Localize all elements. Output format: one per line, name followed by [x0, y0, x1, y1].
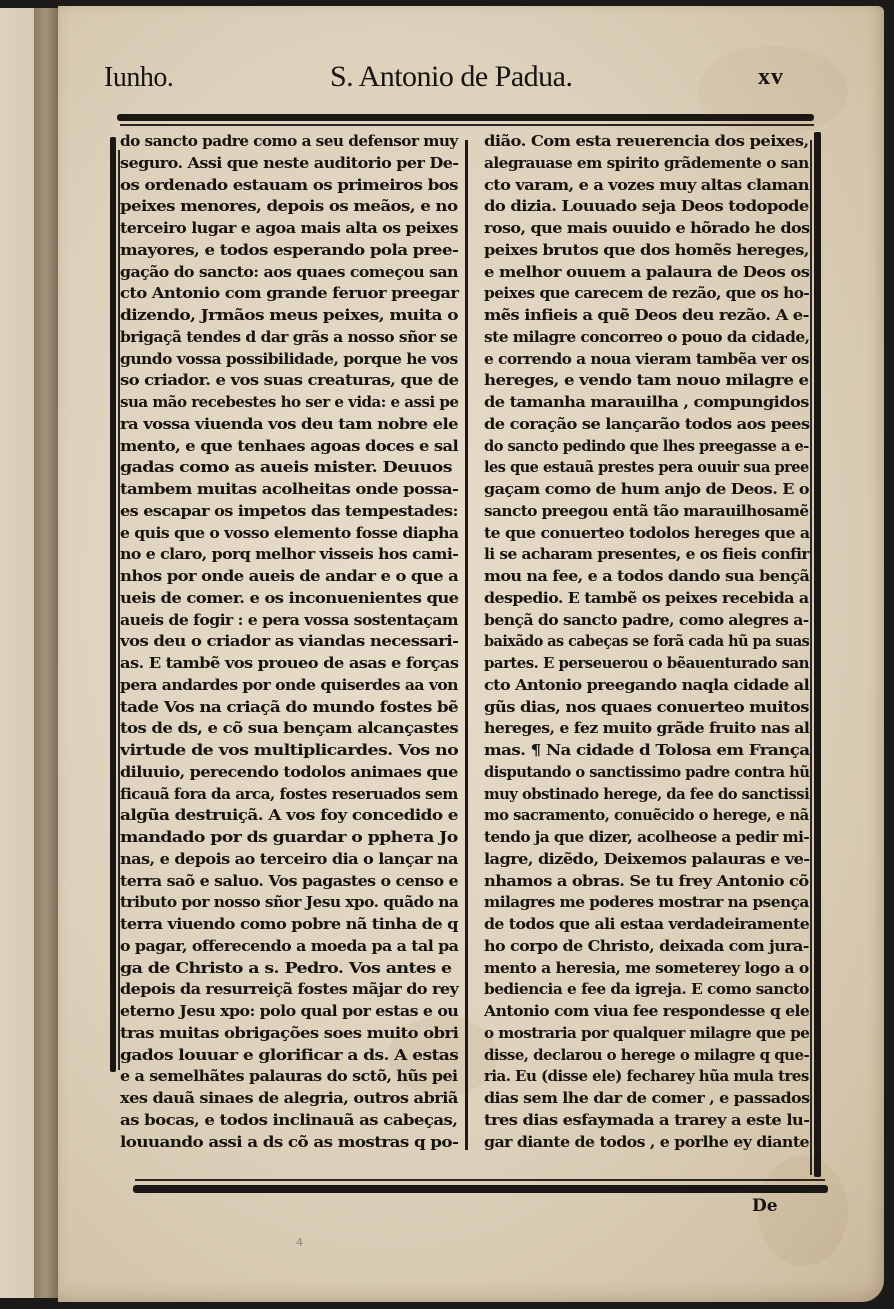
text-line: roso, que mais ouuido e hõrado he dos [484, 218, 827, 240]
text-line: tade Vos na criaçã do mundo fostes bẽ [120, 697, 493, 719]
text-line: seguro. Assi que neste auditorio per De- [120, 153, 477, 175]
text-line: e quis que o vosso elemento fosse diapha [120, 523, 468, 545]
text-line: gação do sancto: aos quaes começou san [120, 262, 470, 284]
text-line: ga de Christo a s. Pedro. Vos antes e [120, 958, 509, 980]
text-line: ra vossa viuenda vos deu tam nobre ele [120, 414, 485, 436]
text-line: dias sem lhe dar de comer , e passados [484, 1088, 825, 1110]
text-line: gadas como as aueis mister. Deuuos [120, 457, 509, 479]
text-line: baixãdo as cabeças se forã cada hũ pa su… [484, 631, 792, 653]
text-line: bençã do sancto padre, como alegres a- [484, 610, 818, 632]
text-line: nas, e depois ao terceiro dia o lançar n… [120, 849, 479, 871]
text-line: peixes que carecem de rezão, que os ho- [484, 283, 813, 305]
running-head-month: Iunho. [104, 62, 173, 94]
text-line: peixes brutos que dos homẽs hereges, [484, 240, 831, 262]
folio-number: xv [758, 64, 784, 91]
text-line: disse, declarou o herege o milagre q que… [484, 1045, 804, 1067]
left-frame-rule [110, 137, 116, 1072]
top-rule-thin [120, 124, 814, 126]
text-line: algũa destruiçã. A vos foy concedido e [120, 805, 496, 827]
text-line: tras muitas obrigações soes muito obri [120, 1023, 487, 1045]
text-line: terra viuendo como pobre nã tinha de q [120, 914, 480, 936]
text-line: o pagar, offerecendo a moeda pa a tal pa [120, 936, 473, 958]
text-line: no e claro, porq melhor visseis hos cami… [120, 544, 470, 566]
text-line: e a semelhãtes palauras do sctõ, hũs pei [120, 1066, 475, 1088]
text-line: ho corpo de Christo, deixada com jura- [484, 936, 825, 958]
text-line: li se acharam presentes, e os fieis conf… [484, 544, 813, 566]
text-line: louuando assi a ds cõ as mostras q po- [120, 1132, 493, 1154]
text-line: mayores, e todos esperando pola pree- [120, 240, 492, 262]
text-line: terra saõ e saluo. Vos pagastes o censo … [120, 871, 474, 893]
text-line: de tamanha marauilha , compungidos [484, 392, 831, 414]
text-line: ste milagre concorreo o pouo da cidade, [484, 327, 814, 349]
text-line: lagre, dizẽdo, Deixemos palauras e ve- [484, 849, 830, 871]
text-line: sancto preegou entã tão marauilhosamẽ [484, 501, 811, 523]
text-line: bediencia e fee da igreja. E como sancto [484, 979, 813, 1001]
text-line: te que conuerteo todolos hereges que a [484, 523, 819, 545]
text-line: cto Antonio preegando naqla cidade al [484, 675, 827, 697]
text-line: ria. Eu (disse ele) fecharey hũa mula tr… [484, 1066, 805, 1088]
text-line: dizendo, Jrmãos meus peixes, muita o [120, 305, 498, 327]
text-line: eterno Jesu xpo: polo qual por estas e o… [120, 1001, 473, 1023]
text-line: mento a heresia, me someterey logo a o [484, 958, 816, 980]
catchword: De [752, 1196, 778, 1216]
text-line: de todos que ali estaa verdadeiramente [484, 914, 820, 936]
text-line: as. E tambẽ vos proueo de asas e forças [120, 653, 483, 675]
text-line: aueis de fogir : e pera vossa sostentaça… [120, 610, 469, 632]
text-line: tres dias esfaymada a trarey a este lu- [484, 1110, 834, 1132]
text-line: mẽs infieis a quẽ Deos deu rezão. A e- [484, 305, 834, 327]
text-line: os ordenado estauam os primeiros bos [120, 175, 491, 197]
text-line: dião. Com esta reuerencia dos peixes, [484, 131, 835, 153]
text-line: do dizia. Louuado seja Deos todopode [484, 196, 835, 218]
text-line: mas. ¶ Na cidade d Tolosa em França [484, 740, 842, 762]
text-line: mo sacramento, conuẽcido o herege, e nã [484, 805, 801, 827]
text-line: alegrauase em spirito grãdemente o san [484, 153, 812, 175]
text-line: tributo por nosso sñor Jesu xpo. quãdo n… [120, 892, 463, 914]
text-line: xes dauã sinaes de alegria, outros abriã [120, 1088, 482, 1110]
text-line: nhos por onde aueis de andar e o que a [120, 566, 485, 588]
text-line: pera andardes por onde quiserdes aa von [120, 675, 467, 697]
text-line: tendo ja que dizer, acolheose a pedir mi… [484, 827, 811, 849]
pencil-marginalia: 4 [296, 1236, 303, 1249]
bottom-rule-thin [135, 1179, 825, 1181]
text-line: gundo vossa possibilidade, porque he vos [120, 349, 466, 371]
left-text-column: do sancto padre como a seu defensor muys… [120, 131, 458, 1153]
text-line: depois da resurreiçã fostes mãjar do rey [120, 979, 477, 1001]
text-line: do sancto padre como a seu defensor muy [120, 131, 460, 153]
text-line: do sancto pedindo que lhes preegasse a e… [484, 436, 797, 458]
text-line: disputando o sanctissimo padre contra hũ [484, 762, 798, 784]
text-line: mento, e que tenhaes agoas doces e sal [120, 436, 484, 458]
text-line: gũs dias, nos quaes conuerteo muitos [484, 697, 835, 719]
right-text-column: dião. Com esta reuerencia dos peixes,ale… [484, 131, 809, 1153]
text-line: de coração se lançarão todos aos pees [484, 414, 833, 436]
text-line: tos de ds, e cõ sua bençam alcançastes [120, 718, 489, 740]
text-line: virtude de vos multiplicardes. Vos no [120, 740, 509, 762]
text-line: partes. E perseuerou o bẽauenturado san [484, 653, 804, 675]
text-line: tambem muitas acolheitas onde possa- [120, 479, 487, 501]
text-line: hereges, e vendo tam nouo milagre e [484, 370, 841, 392]
text-line: mou na fee, e a todos dando sua bençã [484, 566, 826, 588]
text-line: cto varam, e a vozes muy altas claman [484, 175, 830, 197]
text-line: es escapar os impetos das tempestades: [120, 501, 479, 523]
text-line: milagres me poderes mostrar na psença [484, 892, 813, 914]
text-line: peixes menores, depois os meãos, e no [120, 196, 491, 218]
running-head-title: S. Antonio de Padua. [330, 60, 573, 94]
text-line: gados louuar e glorificar a ds. A estas [120, 1045, 501, 1067]
text-line: diluuio, perecendo todolos animaes que [120, 762, 478, 784]
text-line: sua mão recebestes ho ser e vida: e assi… [120, 392, 456, 414]
text-line: cto Antonio com grande feruor preegar [120, 283, 484, 305]
text-line: brigaçã tendes d dar grãs a nosso sñor s… [120, 327, 465, 349]
bottom-rule [133, 1185, 828, 1193]
text-line: ficauã fora da arca, fostes reseruados s… [120, 784, 459, 806]
text-line: gaçam como de hum anjo de Deos. E o [484, 479, 827, 501]
running-head: Iunho. S. Antonio de Padua. xv [102, 56, 792, 96]
text-line: e correndo a noua vieram tambẽa ver os [484, 349, 813, 371]
text-line: muy obstinado herege, da fee do sanctiss… [484, 784, 800, 806]
text-line: gar diante de todos , e porlhe ey diante [484, 1132, 823, 1154]
text-line: les que estauã prestes pera ouuir sua pr… [484, 457, 796, 479]
text-line: so criador. e vos suas creaturas, que de [120, 370, 486, 392]
text-line: despedio. E tambẽ os peixes recebida a [484, 588, 823, 610]
text-line: vos deu o criador as viandas necessari- [120, 631, 489, 653]
text-line: as bocas, e todos inclinauã as cabeças, [120, 1110, 490, 1132]
text-line: hereges, e fez muito grãde fruito nas al [484, 718, 820, 740]
top-rule [117, 114, 814, 121]
text-line: terceiro lugar e agoa mais alta os peixe… [120, 218, 475, 240]
text-line: o mostraria por qualquer milagre que pe [484, 1023, 808, 1045]
text-line: Antonio com viua fee respondesse q ele [484, 1001, 819, 1023]
text-line: ueis de comer. e os inconuenientes que [120, 588, 485, 610]
text-line: e melhor ouuem a palaura de Deos os [484, 262, 835, 284]
text-line: mandado por ds guardar o pphета Jo [120, 827, 506, 849]
text-line: nhamos a obras. Se tu frey Antonio cõ [484, 871, 831, 893]
